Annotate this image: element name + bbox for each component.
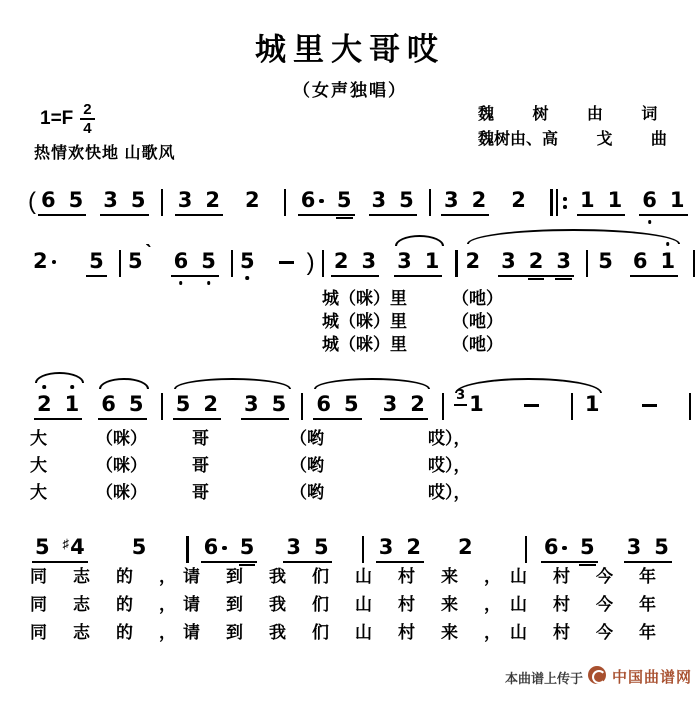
- beam-group: 65: [171, 250, 219, 277]
- beam-group: 31: [394, 250, 442, 277]
- lyric-segment: 大: [30, 482, 47, 503]
- beam-group: 52: [173, 393, 221, 420]
- note: 1: [660, 250, 675, 272]
- note: 5: [176, 393, 191, 415]
- note: 3: [244, 393, 259, 415]
- beam-group: 35: [624, 536, 672, 563]
- note-digit: 3: [383, 393, 398, 415]
- lyric-segment: （吔）: [452, 288, 503, 309]
- lyric-segment: 山村来，: [355, 566, 527, 587]
- beam-group: 35: [241, 393, 289, 420]
- note: 3: [444, 189, 459, 211]
- time-signature: 2 4: [80, 102, 94, 136]
- note-digit: 5: [314, 536, 329, 558]
- note-digit: 3: [444, 189, 459, 211]
- note: 3: [556, 250, 571, 272]
- note-digit: 2: [458, 536, 473, 558]
- note-digit: 2: [406, 536, 421, 558]
- note: 3: [361, 250, 376, 272]
- note: 5: [129, 393, 144, 415]
- note: 2: [458, 536, 473, 558]
- slur-arc: [174, 378, 292, 389]
- note-digit: 5: [176, 393, 191, 415]
- note: 2: [203, 393, 218, 415]
- note: 5: [132, 536, 147, 558]
- note: 6: [633, 250, 648, 272]
- sheet-music-page: 城里大哥哎 （女声独唱） 1=F 2 4 热情欢快地 山歌风 魏 树 由 词 魏…: [0, 0, 700, 701]
- open-paren: (: [28, 189, 36, 214]
- lyric-segment: 同志的，: [30, 622, 202, 643]
- music-line: 5♯4565353226535: [30, 533, 700, 563]
- note-digit: 5: [89, 250, 104, 272]
- beam-group: 23: [331, 250, 379, 277]
- note-digit: 2: [511, 189, 526, 211]
- beam-group: 35: [100, 189, 148, 216]
- lyric-segment: 同志的，: [30, 566, 202, 587]
- slur-arc: [455, 378, 601, 393]
- slur-arc: [395, 235, 444, 246]
- lyric-segment: 请到我们: [183, 566, 355, 587]
- slur-arc: [99, 378, 148, 389]
- note-digit: 6: [174, 250, 189, 272]
- music-line: 216552356532311: [30, 390, 691, 420]
- repeat-dot: [563, 197, 567, 201]
- note: 5: [86, 250, 107, 277]
- note: 6: [642, 189, 657, 211]
- lyric-segment: （哟: [290, 482, 324, 503]
- lyric-segment: 大: [30, 455, 47, 476]
- note: 5: [35, 536, 50, 558]
- barline: [571, 393, 573, 420]
- note-digit: 1: [580, 189, 595, 211]
- note-digit: 1: [469, 393, 484, 415]
- note: 5: [598, 250, 613, 272]
- sixteenth-underline: [528, 278, 545, 280]
- repeat-dots: [563, 197, 567, 209]
- lyric-segment: （吔）: [452, 334, 503, 355]
- note-digit: 5: [272, 393, 287, 415]
- beam-group: 65: [98, 393, 146, 420]
- note: 1: [65, 393, 80, 415]
- lyricist-credit: 魏 树 由 词: [478, 102, 668, 127]
- note: 3: [383, 393, 398, 415]
- lyric-segment: 哎），: [428, 428, 471, 449]
- note-digit: 6: [316, 393, 331, 415]
- note-digit: 1: [425, 250, 440, 272]
- lyric-segment: 城（咪）里: [322, 334, 407, 355]
- note-digit: 3: [286, 536, 301, 558]
- barline: [161, 189, 163, 216]
- repeat-thin-bar: [556, 189, 558, 216]
- note: 1: [425, 250, 440, 272]
- note: 3: [379, 536, 394, 558]
- barline: [525, 536, 527, 563]
- note: 2: [406, 536, 421, 558]
- note-digit: 6: [642, 189, 657, 211]
- note: 2: [334, 250, 349, 272]
- note: 5: [654, 536, 669, 558]
- note-digit: 2: [410, 393, 425, 415]
- note-digit: 2: [245, 189, 260, 211]
- high-octave-dot: [43, 385, 47, 389]
- slur-arc: [467, 229, 681, 244]
- note-digit: 5: [201, 250, 216, 272]
- note: 3: [372, 189, 387, 211]
- qupu-music-logo-icon: [588, 666, 606, 684]
- song-title: 城里大哥哎: [0, 24, 700, 69]
- beam-group: 65: [201, 536, 258, 563]
- meter-numerator: 2: [80, 102, 94, 120]
- note: 5: [201, 250, 216, 272]
- footer: 本曲谱上传于 中国曲谱网: [0, 662, 700, 692]
- repeat-dot: [563, 205, 567, 209]
- note: 3: [286, 536, 301, 558]
- note: 5: [240, 250, 255, 272]
- lyric-segment: 山村来，: [355, 622, 527, 643]
- duration-dash: [279, 261, 294, 264]
- augmentation-dot: [222, 546, 227, 551]
- note: 5: [131, 189, 146, 211]
- note-digit: 3: [178, 189, 193, 211]
- note: 2: [245, 189, 260, 211]
- note-digit: 6: [633, 250, 648, 272]
- note: 5: [314, 536, 329, 558]
- augmentation-dot: [52, 260, 57, 265]
- lyric-segment: 山村今年: [510, 622, 682, 643]
- note: 6: [174, 250, 189, 272]
- credits: 魏 树 由 词 魏树由、高 戈 曲: [478, 102, 668, 152]
- meter-denominator: 4: [83, 120, 91, 136]
- note-digit: 1: [585, 393, 600, 415]
- beam-group: 323: [498, 250, 574, 277]
- note-digit: 3: [556, 250, 571, 272]
- barline: [362, 536, 364, 563]
- barline: [161, 393, 163, 420]
- note: 5: [399, 189, 414, 211]
- note-digit: 5: [240, 536, 255, 558]
- barline: [689, 393, 691, 420]
- high-octave-dot: [70, 385, 74, 389]
- repeat-thick-bar: [550, 189, 554, 216]
- lyric-segment: 请到我们: [183, 622, 355, 643]
- song-subtitle: （女声独唱）: [0, 76, 700, 101]
- key-tonic: 1=F: [40, 108, 73, 130]
- note-digit: 3: [627, 536, 642, 558]
- lyric-segment: （咪）: [96, 455, 147, 476]
- note-digit: 2: [37, 393, 52, 415]
- lyric-segment: 山村今年: [510, 566, 682, 587]
- note: 5: [580, 536, 595, 558]
- note-digit: 6: [101, 393, 116, 415]
- note: 5: [344, 393, 359, 415]
- note-digit: 1: [608, 189, 623, 211]
- note-digit: 1: [65, 393, 80, 415]
- note-digit: 3: [361, 250, 376, 272]
- key-signature: 1=F 2 4: [40, 102, 95, 136]
- breath-mark-icon: ˋ: [145, 248, 154, 258]
- note-digit: 5: [129, 393, 144, 415]
- augmentation-dot: [562, 546, 567, 551]
- sharp-accidental-icon: ♯: [63, 536, 70, 551]
- slur-arc: [314, 378, 430, 389]
- lyric-segment: 城（咪）里: [322, 311, 407, 332]
- upload-note-text: 本曲谱上传于: [505, 668, 583, 687]
- lyric-segment: 哎），: [428, 455, 471, 476]
- barline: [455, 250, 457, 277]
- lyric-segment: （吔）: [452, 311, 503, 332]
- barline: [186, 536, 188, 563]
- composer-credit: 魏树由、高 戈 曲: [478, 127, 668, 152]
- note-digit: 1: [670, 189, 685, 211]
- note: 2: [33, 250, 56, 272]
- lyric-segment: （哟: [290, 455, 324, 476]
- note: 3: [178, 189, 193, 211]
- sixteenth-underline: [555, 278, 572, 280]
- slur-arc: [35, 372, 84, 383]
- beam-group: 65: [38, 189, 86, 216]
- lyric-segment: 哥: [192, 482, 209, 503]
- note-digit: 3: [501, 250, 516, 272]
- note: 1: [608, 189, 623, 211]
- beam-group: 32: [441, 189, 489, 216]
- beam-group: 32: [380, 393, 428, 420]
- note-digit: 5: [132, 536, 147, 558]
- note-digit: 3: [244, 393, 259, 415]
- beam-group: 5♯4: [32, 536, 88, 563]
- note-digit: 5: [35, 536, 50, 558]
- note: 1: [580, 189, 595, 211]
- note-digit: 2: [334, 250, 349, 272]
- lyric-segment: 山村来，: [355, 594, 527, 615]
- note: 2: [529, 250, 544, 272]
- note: 3: [627, 536, 642, 558]
- low-octave-dot: [648, 220, 652, 224]
- low-octave-dot: [246, 276, 250, 280]
- beam-group: 35: [283, 536, 331, 563]
- note-digit: 5: [337, 189, 352, 211]
- note: 1: [469, 393, 484, 415]
- beam-group: 11: [577, 189, 625, 216]
- note: 3: [103, 189, 118, 211]
- beam-group: 35: [369, 189, 417, 216]
- note-digit: 4: [70, 536, 85, 558]
- beam-group: 61: [639, 189, 687, 216]
- note-digit: 5: [344, 393, 359, 415]
- lyric-segment: 大: [30, 428, 47, 449]
- note: 3: [501, 250, 516, 272]
- barline: [442, 393, 444, 420]
- note-digit: 5: [128, 250, 143, 272]
- note: 5: [272, 393, 287, 415]
- music-line: (653532265353221161: [28, 186, 700, 216]
- barline: [586, 250, 588, 277]
- barline: [693, 250, 695, 277]
- note: 2: [511, 189, 526, 211]
- note: 5: [337, 189, 352, 211]
- low-octave-dot: [207, 281, 211, 285]
- low-octave-dot: [179, 281, 183, 285]
- barline: [119, 250, 121, 277]
- sixteenth-underline: [336, 217, 353, 219]
- note: 6: [101, 393, 116, 415]
- note-digit: 1: [660, 250, 675, 272]
- note-digit: 2: [529, 250, 544, 272]
- lyric-segment: 城（咪）里: [322, 288, 407, 309]
- barline: [231, 250, 233, 277]
- beam-group: 32: [175, 189, 223, 216]
- lyric-segment: （哟: [290, 428, 324, 449]
- note-digit: 6: [544, 536, 559, 558]
- note-digit: 6: [204, 536, 219, 558]
- note: 2: [472, 189, 487, 211]
- beam-group: 65: [541, 536, 598, 563]
- note: 2: [410, 393, 425, 415]
- note: 5: [240, 536, 255, 558]
- tempo-marking: 热情欢快地 山歌风: [34, 140, 175, 163]
- note: 5: [69, 189, 84, 211]
- note: 6: [41, 189, 56, 211]
- note: 1: [670, 189, 685, 211]
- note: 6: [301, 189, 324, 211]
- note-digit: 2: [205, 189, 220, 211]
- note-digit: 5: [399, 189, 414, 211]
- duration-dash: [642, 404, 657, 407]
- note: ♯4: [63, 536, 85, 558]
- lyric-segment: 哥: [192, 455, 209, 476]
- note: 6: [204, 536, 227, 558]
- lyric-segment: （咪）: [96, 428, 147, 449]
- augmentation-dot: [319, 199, 324, 204]
- note: 5ˋ: [128, 250, 154, 272]
- note: 2: [466, 250, 481, 272]
- barline: [301, 393, 303, 420]
- note: 6: [544, 536, 567, 558]
- barline: [284, 189, 286, 216]
- note-digit: 5: [69, 189, 84, 211]
- note-digit: 3: [397, 250, 412, 272]
- lyric-segment: 山村今年: [510, 594, 682, 615]
- note-digit: 5: [240, 250, 255, 272]
- beam-group: 65: [313, 393, 361, 420]
- beam-group: 65: [298, 189, 355, 216]
- beam-group: 61: [630, 250, 678, 277]
- lyric-segment: （咪）: [96, 482, 147, 503]
- barline: [429, 189, 431, 216]
- lyric-segment: 哎），: [428, 482, 471, 503]
- note-digit: 2: [203, 393, 218, 415]
- music-line: 255ˋ655)23312323561: [28, 247, 695, 277]
- barline: [322, 250, 324, 277]
- note-digit: 2: [472, 189, 487, 211]
- note-digit: 5: [580, 536, 595, 558]
- note-digit: 3: [379, 536, 394, 558]
- footer-brand-name: 中国曲谱网: [612, 666, 692, 687]
- note-digit: 2: [33, 250, 48, 272]
- note-digit: 3: [372, 189, 387, 211]
- note: 3: [397, 250, 412, 272]
- note-digit: 3: [103, 189, 118, 211]
- beam-group: 21: [34, 393, 82, 420]
- note-digit: 6: [41, 189, 56, 211]
- lyric-segment: 同志的，: [30, 594, 202, 615]
- note: 2: [205, 189, 220, 211]
- note: 2: [37, 393, 52, 415]
- duration-dash: [524, 404, 539, 407]
- lyric-segment: 哥: [192, 428, 209, 449]
- note-digit: 5: [131, 189, 146, 211]
- lyric-segment: 请到我们: [183, 594, 355, 615]
- note-digit: 5: [598, 250, 613, 272]
- note-digit: 2: [466, 250, 481, 272]
- beam-group: 32: [376, 536, 424, 563]
- note: 6: [316, 393, 331, 415]
- repeat-begin-sign: [550, 189, 567, 216]
- note: 1: [585, 393, 600, 415]
- close-paren: ): [307, 250, 315, 275]
- note-digit: 5: [654, 536, 669, 558]
- note-digit: 6: [301, 189, 316, 211]
